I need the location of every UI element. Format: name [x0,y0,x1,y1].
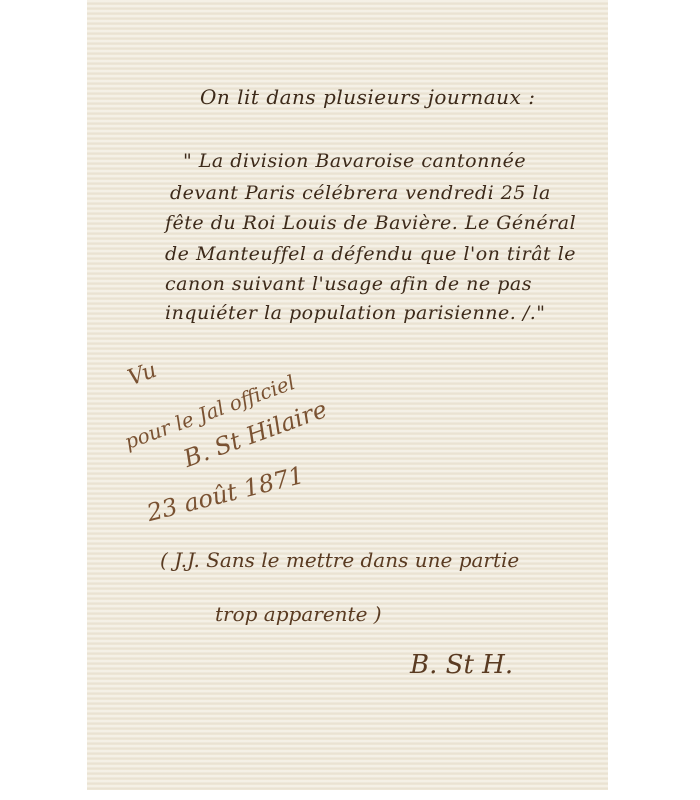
postscript-line: ( J.J. Sans le mettre dans une partie [160,548,519,572]
signature: B. St H. [410,650,513,680]
letter-paper [87,0,608,790]
quote-line: de Manteuffel a défendu que l'on tirât l… [165,243,576,265]
quote-line: canon suivant l'usage afin de ne pas [165,273,532,295]
letter-heading: On lit dans plusieurs journaux : [200,85,535,109]
quote-line: devant Paris célébrera vendredi 25 la [170,182,551,204]
postscript-line: trop apparente ) [215,602,382,626]
quote-line: fête du Roi Louis de Bavière. Le Général [165,212,576,234]
quote-line: " La division Bavaroise cantonnée [183,150,526,172]
quote-line: inquiéter la population parisienne. /." [165,302,546,324]
